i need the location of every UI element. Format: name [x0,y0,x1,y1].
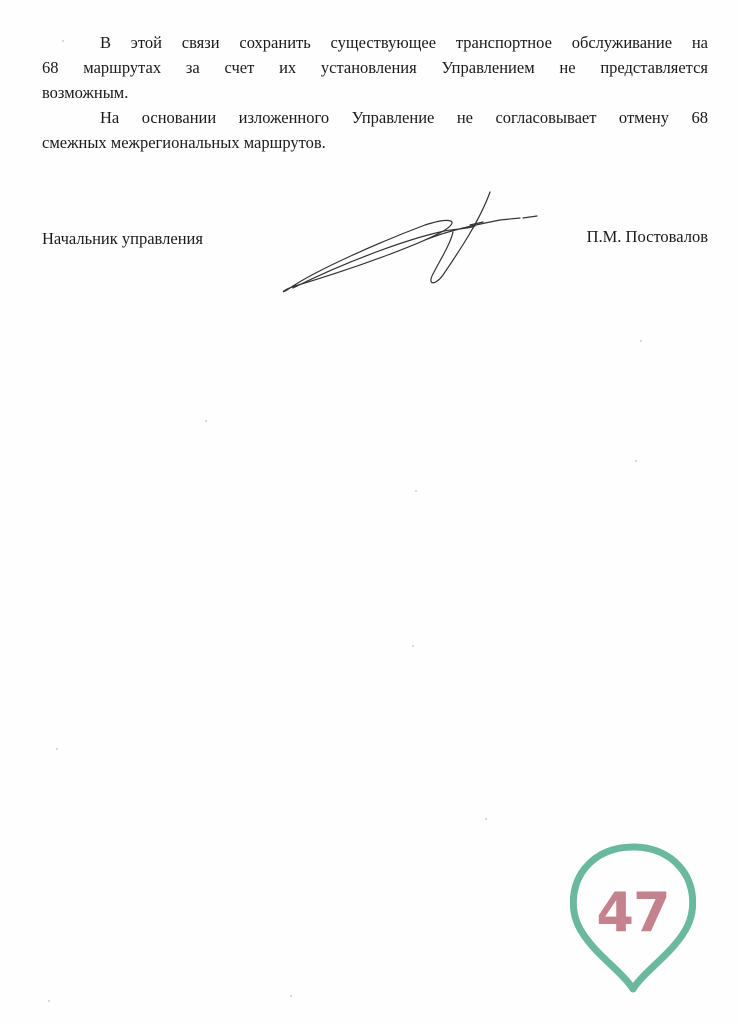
scan-speck [62,40,64,42]
paragraph-line: В этой связи сохранить существующее тран… [42,30,708,55]
paragraph-line: На основании изложенного Управление не с… [42,105,708,130]
scan-speck [640,340,642,342]
scan-speck [48,1000,50,1002]
signer-position-title: Начальник управления [42,229,203,249]
watermark-logo: 47 [570,843,696,993]
scan-speck [205,420,207,422]
scan-speck [415,490,417,492]
signer-name: П.М. Постовалов [587,227,708,247]
watermark-number: 47 [570,881,696,944]
scan-speck [290,995,292,997]
scan-speck [56,748,58,750]
paragraph-2: На основании изложенного Управление не с… [42,105,708,155]
handwritten-signature [275,190,545,300]
document-page: В этой связи сохранить существующее тран… [0,0,738,1024]
paragraph-1: В этой связи сохранить существующее тран… [42,30,708,105]
paragraph-line: возможным. [42,80,708,105]
paragraph-line: 68 маршрутах за счет их установления Упр… [42,55,708,80]
paragraph-line: смежных межрегиональных маршрутов. [42,130,708,155]
scan-speck [635,460,637,462]
scan-speck [412,645,414,647]
scan-speck [485,818,487,820]
